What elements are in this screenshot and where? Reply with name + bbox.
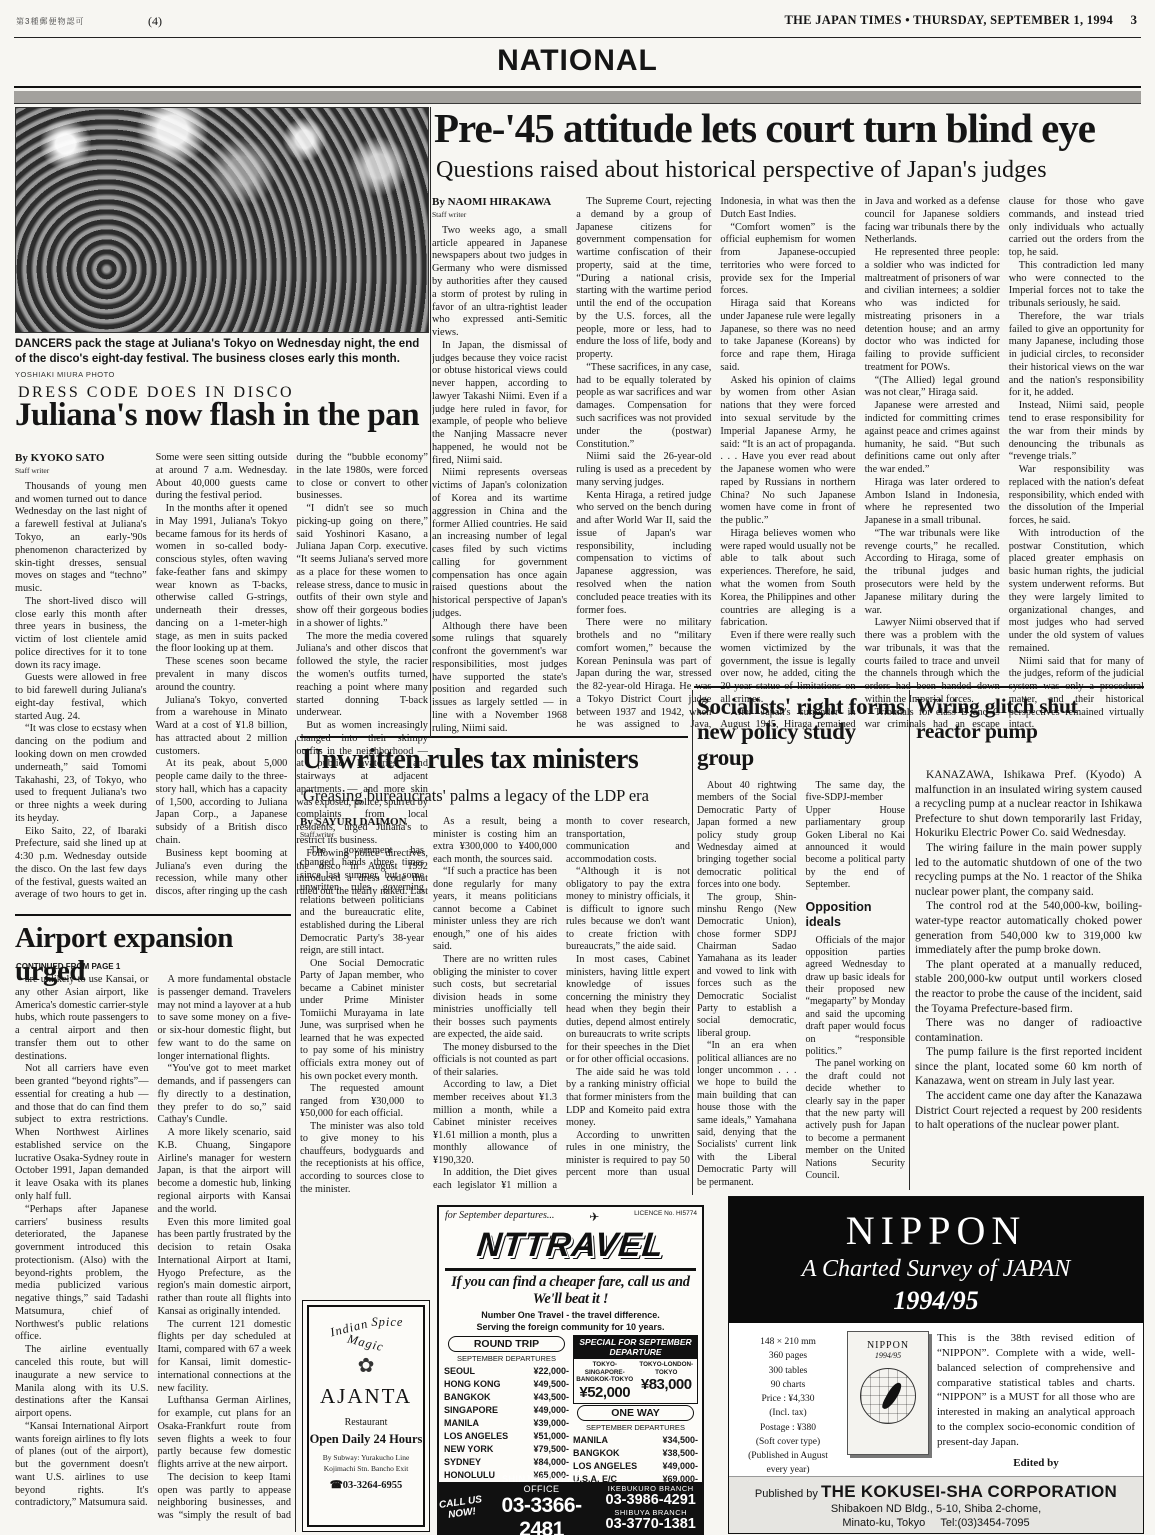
spec-line: 90 charts <box>737 1378 839 1392</box>
fare-price: ¥51,000- <box>533 1430 569 1443</box>
photo-caption-text: DANCERS pack the stage at Juliana's Toky… <box>15 338 419 365</box>
special-route: TOKYO-SINGAPORE- BANGKOK-TOKYO <box>575 1361 635 1384</box>
paragraph: The government has changed hands three t… <box>300 845 424 958</box>
paragraph: “Although it is not obligatory to pay th… <box>566 866 690 954</box>
nippon-edition: 1994/95 <box>729 1286 1143 1316</box>
right-region-rule <box>694 686 1144 688</box>
plane-icon: ✈ <box>589 1210 599 1224</box>
paragraph: With introduction of the postwar Constit… <box>1009 528 1144 656</box>
paragraph: Guests were allowed in free to bid farew… <box>15 672 147 723</box>
paragraph: Officials of the major opposition partie… <box>806 935 906 1059</box>
publisher-tel: Tel:(03)3454-7095 <box>940 1517 1029 1529</box>
fare-city: BANGKOK <box>444 1391 491 1404</box>
paragraph: The control rod at the 540,000-kw, boili… <box>915 899 1142 957</box>
section-rule <box>14 86 1141 88</box>
paragraph: These scenes soon became prevalent in ma… <box>156 656 288 694</box>
fare-city: NEW YORK <box>444 1443 493 1456</box>
fare-price: ¥38,500- <box>662 1447 698 1460</box>
book-cover-title: NIPPON <box>848 1340 928 1351</box>
paragraph: As a result, being a minister is costing… <box>433 816 557 866</box>
airport-paragraphs: are unlikely to use Kansai, or any other… <box>15 974 291 1530</box>
unwritten-subhead: Greasing bureaucrats' palms a legacy of … <box>303 786 691 806</box>
paragraph: There are no written rules obliging the … <box>433 954 557 1042</box>
address-line-2: Minato-ku, Tokyo <box>842 1517 925 1529</box>
paragraph: The money disbursed to the officials is … <box>433 1042 557 1080</box>
publisher-band: Published by THE KOKUSEI-SHA CORPORATION… <box>729 1476 1143 1533</box>
main-headline: Pre-'45 attitude lets court turn blind e… <box>434 104 1146 152</box>
special-price: ¥83,000 <box>637 1376 697 1393</box>
unwritten-headline: Unwritten rules tax ministers <box>302 744 690 776</box>
fare-price: ¥49,000- <box>533 1404 569 1417</box>
publisher-address: Shibakoen ND Bldg., 5-10, Shiba 2-chome,… <box>729 1502 1143 1531</box>
paragraph: In Japan, the dismissal of judges becaus… <box>432 340 567 468</box>
published-by-label: Published by <box>755 1488 818 1500</box>
wiring-article-body: KANAZAWA, Ishikawa Pref. (Kyodo) A malfu… <box>915 768 1142 1190</box>
airport-article-body: are unlikely to use Kansai, or any other… <box>15 974 291 1530</box>
main-subhead: Questions raised about historical perspe… <box>436 157 1146 184</box>
subway-line-1: By Subway: Yurakucho Line <box>323 1453 410 1462</box>
nippon-title: NIPPON <box>729 1197 1143 1254</box>
paragraph: “If such a practice has been done regula… <box>433 866 557 954</box>
spec-line: Price : ¥4,330 <box>737 1392 839 1406</box>
fare-row: LOS ANGELES ¥49,000- <box>573 1460 698 1473</box>
nippon-subtitle: A Charted Survey of JAPAN <box>729 1256 1143 1283</box>
unwritten-article-body: By SAYURI DAIMON Staff writer The govern… <box>300 816 690 1200</box>
ajanta-type: Restaurant <box>309 1417 423 1428</box>
paragraph: “I didn't see so much picking-up going o… <box>296 503 428 631</box>
ajanta-phone: ☎03-3264-6955 <box>309 1479 423 1491</box>
head-office: SHINJUKU HEAD OFFICE 03-3366-2481 <box>484 1474 600 1535</box>
column-divider <box>692 690 693 1195</box>
paragraph: The panel working on the draft could not… <box>806 1058 906 1182</box>
paragraph: “In an era when political alliances are … <box>697 1040 797 1189</box>
head-office-phone: 03-3366-2481 <box>484 1494 600 1535</box>
ajanta-ad: Indian Spice Magic ✿ AJANTA Restaurant O… <box>302 1300 430 1532</box>
paragraph: Lufthansa German Airlines, for example, … <box>158 1395 292 1472</box>
paragraph: This contradiction led many who were con… <box>1009 260 1144 311</box>
section-band <box>14 91 1141 104</box>
paragraph: “(The Allied) legal ground was not clear… <box>865 375 1000 401</box>
fare-row: SEOUL ¥22,000- <box>444 1365 569 1378</box>
book-cover-year: 1994/95 <box>848 1351 928 1360</box>
paragraph: There was no danger of radioactive conta… <box>915 1016 1142 1045</box>
fare-row: BANGKOK ¥38,500- <box>573 1447 698 1460</box>
main-article-body: By NAOMI HIRAKAWA Staff writer Two weeks… <box>432 196 1144 737</box>
branch: SHIBUYA BRANCH 03-3770-1381 <box>599 1508 702 1532</box>
travel-ad: for September departures... ✈ LICENCE No… <box>437 1205 704 1535</box>
fare-price: ¥43,500- <box>533 1391 569 1404</box>
paragraph: The airline eventually canceled this rou… <box>15 1344 149 1421</box>
dancers-photo <box>15 107 429 333</box>
main-paragraphs: Two weeks ago, a small article appeared … <box>432 196 1144 737</box>
fare-city: BANGKOK <box>573 1447 620 1460</box>
paragraph: About 40 rightwing members of the Social… <box>697 780 797 892</box>
branch-phone: 03-3770-1381 <box>599 1517 702 1532</box>
paragraph: The plant operated at a manually reduced… <box>915 958 1142 1016</box>
fare-city: MANILA <box>573 1434 608 1447</box>
special-fares: TOKYO-SINGAPORE- BANGKOK-TOKYO ¥52,000 T… <box>573 1359 698 1404</box>
ajanta-tagline: Indian Spice Magic <box>309 1317 423 1347</box>
paragraph: Japanese were arrested and indicted for … <box>865 400 1000 477</box>
special-price: ¥52,000 <box>575 1384 635 1401</box>
nippon-ad: NIPPON A Charted Survey of JAPAN 1994/95… <box>728 1196 1144 1534</box>
paragraph: A more likely scenario, said K.B. Chuang… <box>158 1127 292 1216</box>
fare-city: SYDNEY <box>444 1456 481 1469</box>
paragraph: “Comfort women” is the official euphemis… <box>720 222 855 299</box>
paragraph: Therefore, the war trials failed to give… <box>1009 311 1144 400</box>
paragraph: The group, Shin-minshu Rengo (New Democr… <box>697 892 797 1041</box>
published-by: Published by THE KOKUSEI-SHA CORPORATION <box>729 1482 1143 1502</box>
travel-logo: NTTRAVEL <box>437 1226 704 1265</box>
paragraph: Instead, Niimi said, people tend to eras… <box>1009 400 1144 464</box>
masthead: THE JAPAN TIMES • THURSDAY, SEPTEMBER 1,… <box>785 13 1113 28</box>
fare-city: SINGAPORE <box>444 1404 498 1417</box>
juliana-headline: Juliana's now flash in the pan <box>15 398 429 433</box>
paragraph: The wiring failure in the main power sup… <box>915 841 1142 899</box>
wiring-paragraphs: KANAZAWA, Ishikawa Pref. (Kyodo) A malfu… <box>915 768 1142 1133</box>
special-fare: TOKYO-SINGAPORE- BANGKOK-TOKYO ¥52,000 <box>574 1359 636 1403</box>
paragraph: According to law, a Diet member receives… <box>433 1079 557 1167</box>
fare-city: LOS ANGELES <box>444 1430 508 1443</box>
tagline-word: Spice <box>371 1315 403 1330</box>
fare-city: LOS ANGELES <box>573 1460 637 1473</box>
paragraph: The current 121 domestic flights per day… <box>158 1319 292 1396</box>
head-office-label: SHINJUKU HEAD OFFICE <box>484 1474 600 1494</box>
travel-subline-2: Serving the foreign community for 10 yea… <box>439 1322 702 1332</box>
fare-row: BANGKOK ¥43,500- <box>444 1391 569 1404</box>
column-divider <box>909 690 910 1190</box>
photo-credit: YOSHIAKI MIURA PHOTO <box>15 370 115 379</box>
book-cover: NIPPON 1994/95 <box>847 1331 929 1455</box>
main-byline: By NAOMI HIRAKAWA <box>432 196 567 210</box>
ajanta-subway-info: By Subway: Yurakucho Line Kojimachi Stn.… <box>309 1453 423 1474</box>
socialists-headline: Socialists' right forms new policy study… <box>697 694 907 770</box>
travel-slogan: If you can find a cheaper fare, call us … <box>439 1274 702 1308</box>
branch-phone: 03-3986-4291 <box>599 1493 702 1508</box>
paragraph: The requested amount ranged from ¥30,000… <box>300 1083 424 1121</box>
paragraph: “You've got to meet market demands, and … <box>158 1063 292 1127</box>
page-number: 3 <box>1131 12 1138 28</box>
fare-price: ¥39,000- <box>533 1417 569 1430</box>
fare-row: MANILA ¥39,000- <box>444 1417 569 1430</box>
september-departures-label: SEPTEMBER DEPARTURES <box>444 1354 569 1363</box>
paragraph: Hiraga believes women who were raped wou… <box>720 528 855 630</box>
call-us-now: CALL US NOW! <box>438 1494 485 1521</box>
spec-line: (Published in August <box>737 1449 839 1463</box>
paragraph: Thousands of young men and women turned … <box>15 481 147 596</box>
address-line-1: Shibakoen ND Bldg., 5-10, Shiba 2-chome, <box>831 1503 1041 1515</box>
issue-number: (4) <box>148 14 162 29</box>
paragraph: “These sacrifices, in any case, had to b… <box>576 362 711 451</box>
paragraph: In the months after it opened in May 199… <box>156 503 288 656</box>
fare-row: HONG KONG ¥49,500- <box>444 1378 569 1391</box>
travel-phone-band: CALL US NOW! SHINJUKU HEAD OFFICE 03-336… <box>439 1482 702 1534</box>
fare-city: HONG KONG <box>444 1378 501 1391</box>
paragraph: The Supreme Court, rejecting a demand by… <box>576 196 711 362</box>
travel-licence: LICENCE No. HI5774 <box>634 1210 697 1217</box>
paragraph: He represented three people: a soldier w… <box>865 247 1000 375</box>
paragraph: One Social Democratic Party of Japan mem… <box>300 958 424 1083</box>
paragraph: At its peak, about 5,000 people came dai… <box>156 758 288 847</box>
fare-price: ¥49,500- <box>533 1378 569 1391</box>
unwritten-byline: By SAYURI DAIMON <box>300 816 424 830</box>
paragraph: Niimi said the 26-year-old ruling is use… <box>576 451 711 489</box>
edited-by-label: Edited by <box>937 1456 1135 1471</box>
logo-rule <box>445 1268 696 1271</box>
travel-subline-1: Number One Travel - the travel differenc… <box>439 1310 702 1320</box>
paragraph: Although there have been some rulings th… <box>432 621 567 736</box>
september-departures-label: SEPTEMBER DEPARTURES <box>573 1423 698 1432</box>
juliana-byline: By KYOKO SATO <box>15 452 147 466</box>
spec-line: (Soft cover type) <box>737 1435 839 1449</box>
paragraph: Asked his opinion of claims by women fro… <box>720 375 855 528</box>
paragraph: are unlikely to use Kansai, or any other… <box>15 974 149 1063</box>
special-fare: TOKYO-LONDON- TOKYO ¥83,000 <box>636 1359 698 1403</box>
spec-line: 148 × 210 mm <box>737 1335 839 1349</box>
postal-class-note: 第3種郵便物認可 <box>16 16 84 27</box>
paragraph: Niimi represents overseas victims of Jap… <box>432 467 567 620</box>
fare-row: SYDNEY ¥84,000- <box>444 1456 569 1469</box>
paragraph: The aide said he was told by a ranking m… <box>566 1067 690 1130</box>
column-divider <box>430 107 431 737</box>
unwritten-rule <box>300 736 688 738</box>
paragraph: Two weeks ago, a small article appeared … <box>432 225 567 340</box>
paragraph: Even this more limited goal has been par… <box>158 1217 292 1319</box>
special-banner: SPECIAL FOR SEPTEMBER DEPARTURE <box>573 1335 698 1359</box>
spec-line: (Incl. tax) <box>737 1406 839 1420</box>
nippon-ad-header: NIPPON A Charted Survey of JAPAN 1994/95 <box>729 1197 1143 1323</box>
lotus-icon: ✿ <box>309 1353 423 1378</box>
paragraph: Hiraga was later ordered to Ambon Island… <box>865 477 1000 528</box>
paragraph: A more fundamental obstacle is passenger… <box>158 974 292 1063</box>
paragraph: “Perhaps after Japanese carriers' busine… <box>15 1204 149 1344</box>
paragraph: The minister was also told to give money… <box>300 1121 424 1196</box>
paragraph: The short-lived disco will close early t… <box>15 596 147 673</box>
one-way-label: ONE WAY <box>577 1405 694 1421</box>
paragraph: War responsibility was replaced with the… <box>1009 464 1144 528</box>
fare-row: SINGAPORE ¥49,000- <box>444 1404 569 1417</box>
paragraph: The pump failure is the first reported i… <box>915 1045 1142 1089</box>
section-title: NATIONAL <box>0 44 1155 78</box>
branch-list: IKEBUKURO BRANCH 03-3986-4291 SHIBUYA BR… <box>599 1484 702 1532</box>
airport-continued-note: CONTINUED FROM PAGE 1 <box>16 962 120 971</box>
fare-city: SEOUL <box>444 1365 475 1378</box>
main-byline-role: Staff writer <box>432 210 567 219</box>
fare-row: LOS ANGELES ¥51,000- <box>444 1430 569 1443</box>
juliana-byline-role: Staff writer <box>15 466 147 475</box>
globe-icon <box>860 1368 916 1424</box>
paragraph: In most cases, Cabinet ministers, having… <box>566 954 690 1067</box>
round-trip-label: ROUND TRIP <box>448 1336 565 1352</box>
fare-price: ¥22,000- <box>533 1365 569 1378</box>
fare-row: MANILA ¥34,500- <box>573 1434 698 1447</box>
fare-city: MANILA <box>444 1417 479 1430</box>
airport-rule <box>15 914 291 916</box>
travel-top-note: for September departures... <box>445 1210 554 1221</box>
unwritten-paragraphs: The government has changed hands three t… <box>300 816 690 1200</box>
branch: IKEBUKURO BRANCH 03-3986-4291 <box>599 1484 702 1508</box>
paragraph: Hiraga said that Koreans under Japanese … <box>720 298 855 375</box>
spec-line: 360 pages <box>737 1349 839 1363</box>
ajanta-hours: Open Daily 24 Hours <box>309 1432 423 1447</box>
header-rule <box>14 37 1141 38</box>
japan-map-icon <box>881 1380 904 1411</box>
fare-price: ¥34,500- <box>662 1434 698 1447</box>
fare-price: ¥84,000- <box>533 1456 569 1469</box>
fare-price: ¥79,500- <box>533 1443 569 1456</box>
column-divider <box>295 740 296 1532</box>
paragraph: “Kansai International Airport wants fore… <box>15 1421 149 1510</box>
wiring-headline: Wiring glitch shut reactor pump <box>916 694 1142 743</box>
paragraph: Kenta Hiraga, a retired judge who served… <box>576 490 711 618</box>
unwritten-byline-role: Staff writer <box>300 830 424 839</box>
photo-caption: DANCERS pack the stage at Juliana's Toky… <box>15 337 429 382</box>
ajanta-ad-frame: Indian Spice Magic ✿ AJANTA Restaurant O… <box>307 1305 425 1527</box>
paragraph: The more the media covered Juliana's and… <box>296 631 428 720</box>
nippon-body-text: This is the 38th revised edition of “NIP… <box>937 1332 1135 1448</box>
tagline-word: Magic <box>345 1332 384 1355</box>
paragraph: “It was close to ecstasy when dancing on… <box>15 723 147 825</box>
subway-line-2: Kojimachi Stn. Bancho Exit <box>324 1464 409 1473</box>
spec-line: Postage : ¥380 <box>737 1421 839 1435</box>
round-trip-fares: SEOUL ¥22,000- HONG KONG ¥49,500- BANGKO… <box>444 1365 569 1482</box>
socialists-crosshead: Opposition ideals <box>806 900 906 931</box>
ajanta-name: AJANTA <box>309 1384 423 1409</box>
paragraph: Juliana's Tokyo, converted from a wareho… <box>156 695 288 759</box>
paragraph: KANAZAWA, Ishikawa Pref. (Kyodo) A malfu… <box>915 768 1142 841</box>
publisher-name: THE KOKUSEI-SHA CORPORATION <box>821 1482 1117 1501</box>
paragraph: “The war tribunals were like revenge cou… <box>865 528 1000 617</box>
paragraph: The accident came one day after the Kana… <box>915 1089 1142 1133</box>
socialists-article-body: About 40 rightwing members of the Social… <box>697 780 905 1192</box>
spec-line: 300 tables <box>737 1364 839 1378</box>
paragraph: The same day, the five-SDPJ-member Upper… <box>806 780 906 892</box>
fare-row: NEW YORK ¥79,500- <box>444 1443 569 1456</box>
fare-price: ¥49,000- <box>662 1460 698 1473</box>
paragraph: Not all carriers have even been granted … <box>15 1063 149 1203</box>
special-route: TOKYO-LONDON- TOKYO <box>637 1361 697 1376</box>
